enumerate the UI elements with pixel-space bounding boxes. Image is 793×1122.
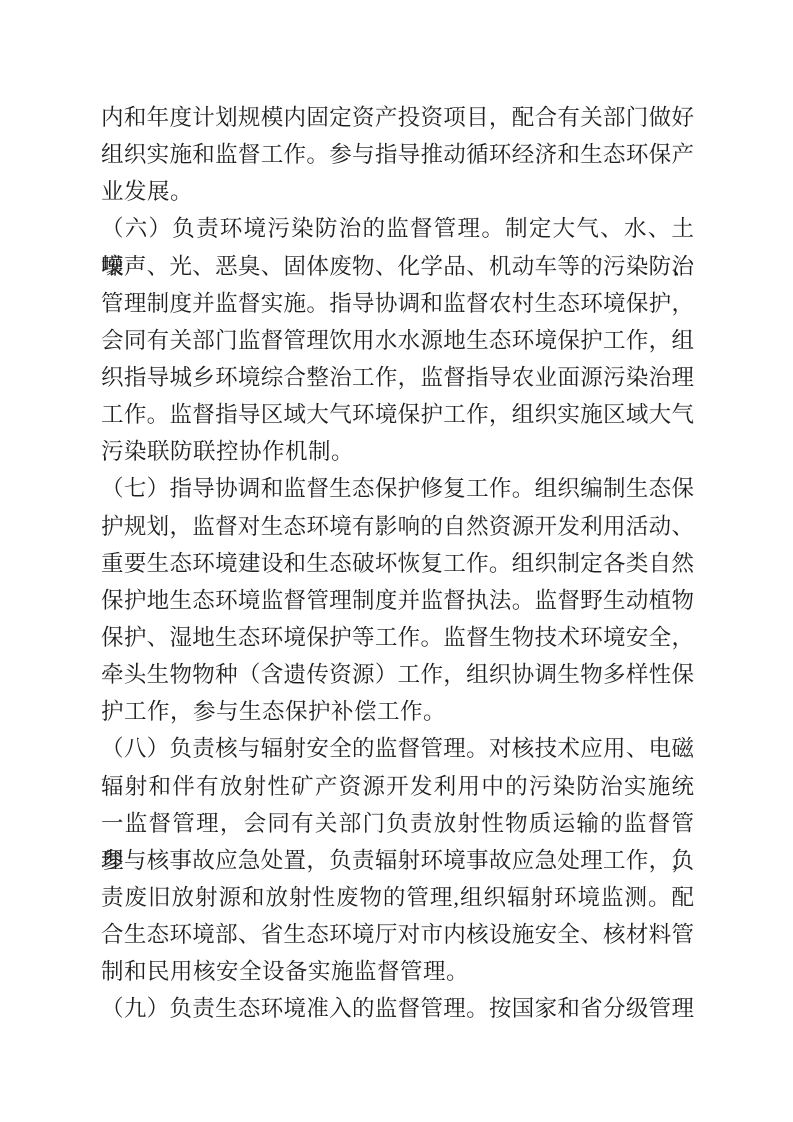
text-line: 责废旧放射源和放射性废物的管理,组织辐射环境监测。配: [101, 879, 694, 916]
text-line: 牵头生物物种（含遗传资源）工作，组织协调生物多样性保: [101, 656, 694, 693]
text-line: 组织实施和监督工作。参与指导推动循环经济和生态环保产: [101, 136, 694, 173]
text-line: 管理制度并监督实施。指导协调和监督农村生态环境保护，: [101, 285, 694, 322]
text-line: （九）负责生态环境准入的监督管理。按国家和省分级管理: [101, 990, 694, 1027]
text-line: 保护、湿地生态环境保护等工作。监督生物技术环境安全，: [101, 619, 694, 656]
text-line: 内和年度计划规模内固定资产投资项目，配合有关部门做好: [101, 99, 694, 136]
text-line: （六）负责环境污染防治的监督管理。制定大气、水、土壤、: [101, 210, 694, 247]
text-line: 织指导城乡环境综合整治工作，监督指导农业面源污染治理: [101, 359, 694, 396]
text-line: （七）指导协调和监督生态保护修复工作。组织编制生态保: [101, 470, 694, 507]
text-line: 合生态环境部、省生态环境厅对市内核设施安全、核材料管: [101, 916, 694, 953]
text-line: 重要生态环境建设和生态破坏恢复工作。组织制定各类自然: [101, 545, 694, 582]
text-line: 会同有关部门监督管理饮用水水源地生态环境保护工作，组: [101, 322, 694, 359]
text-line: 护工作，参与生态保护补偿工作。: [101, 693, 694, 730]
text-line: 护规划，监督对生态环境有影响的自然资源开发利用活动、: [101, 508, 694, 545]
text-line: 辐射和伴有放射性矿产资源开发利用中的污染防治实施统: [101, 768, 694, 805]
document-page: 内和年度计划规模内固定资产投资项目，配合有关部门做好组织实施和监督工作。参与指导…: [0, 0, 793, 1122]
text-line: 参与核事故应急处置，负责辐射环境事故应急处理工作，负: [101, 842, 694, 879]
text-line: 污染联防联控协作机制。: [101, 433, 694, 470]
text-line: （八）负责核与辐射安全的监督管理。对核技术应用、电磁: [101, 730, 694, 767]
text-line: 一监督管理，会同有关部门负责放射性物质运输的监督管理，: [101, 805, 694, 842]
text-line: 保护地生态环境监督管理制度并监督执法。监督野生动植物: [101, 582, 694, 619]
text-line: 噪声、光、恶臭、固体废物、化学品、机动车等的污染防治: [101, 248, 694, 285]
text-line: 业发展。: [101, 173, 694, 210]
text-line: 制和民用核安全设备实施监督管理。: [101, 953, 694, 990]
text-line: 工作。监督指导区域大气环境保护工作，组织实施区域大气: [101, 396, 694, 433]
document-text-block: 内和年度计划规模内固定资产投资项目，配合有关部门做好组织实施和监督工作。参与指导…: [101, 99, 694, 1028]
